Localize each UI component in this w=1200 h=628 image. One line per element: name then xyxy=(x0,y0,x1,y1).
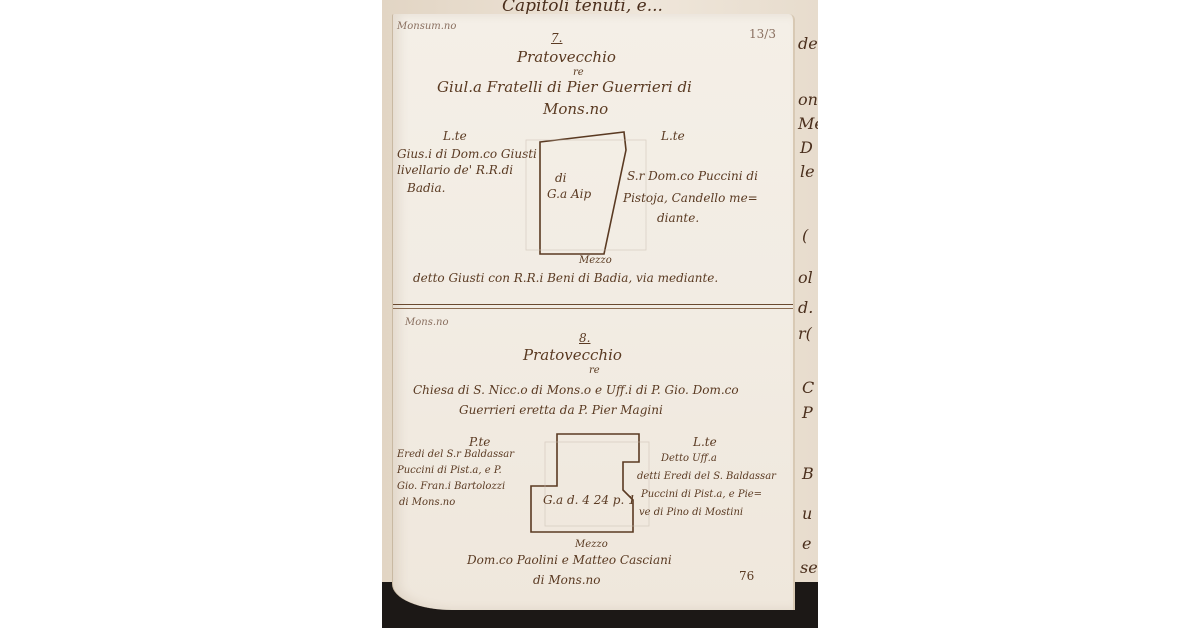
edge-fragment: ( xyxy=(802,228,808,244)
page-number: 76 xyxy=(739,570,754,583)
entry-2-left-text-1: Eredi del S.r Baldassar xyxy=(397,450,514,461)
top-overhang-text: Capitoli tenuti, e... xyxy=(502,0,663,15)
edge-fragment: e xyxy=(802,536,811,552)
section-divider xyxy=(393,304,793,305)
entry-2-footer-line-2: di Mons.no xyxy=(533,574,601,587)
entry-1-right-text-1: S.r Dom.co Puccini di xyxy=(627,170,758,183)
entry-1-plot-text-2: G.a Aip xyxy=(547,188,591,201)
entry-2-right-text-1: Detto Uff.a xyxy=(661,454,717,465)
entry-2-plot-outline xyxy=(529,432,649,542)
edge-fragment: le xyxy=(800,164,815,180)
edge-fragment: se xyxy=(800,560,818,576)
entry-2-owner-line-2: Guerrieri eretta da P. Pier Magini xyxy=(459,404,663,417)
entry-1-right-text-3: diante. xyxy=(657,212,699,225)
entry-1-right-label: L.te xyxy=(661,130,685,143)
edge-fragment: de xyxy=(798,36,818,52)
entry-1-title: Pratovecchio xyxy=(517,50,616,66)
folio-stamp: 13/3 xyxy=(749,28,776,41)
entry-1-plot-text-1: di xyxy=(555,172,567,185)
entry-1-owner-superscript: re xyxy=(573,68,584,79)
entry-1-left-label: L.te xyxy=(443,130,467,143)
entry-1-footer: detto Giusti con R.R.i Beni di Badia, vi… xyxy=(413,272,718,285)
edge-fragment: ol xyxy=(798,270,813,286)
entry-2-owner-line-1: Chiesa di S. Nicc.o di Mons.o e Uff.i di… xyxy=(413,384,739,397)
entry-2-right-text-4: ve di Pino di Mostini xyxy=(639,508,743,519)
edge-fragment: D xyxy=(800,140,813,156)
entry-1-number: 7. xyxy=(551,32,562,45)
edge-fragment: u xyxy=(802,506,812,522)
manuscript-page: 13/3 Monsum.no 7. Pratovecchio re Giul.a… xyxy=(392,14,795,610)
section-divider-double xyxy=(393,308,793,309)
entry-2-left-text-4: di Mons.no xyxy=(399,498,455,509)
entry-1-margin-label: Monsum.no xyxy=(397,22,456,33)
entry-1-owner-line-1: Giul.a Fratelli di Pier Guerrieri di xyxy=(437,80,692,96)
entry-1-owner-line-2: Mons.no xyxy=(543,102,608,118)
edge-fragment: Me xyxy=(798,116,818,132)
edge-fragment: r( xyxy=(798,326,812,342)
edge-fragment: C xyxy=(802,380,814,396)
entry-2-left-text-3: Gio. Fran.i Bartolozzi xyxy=(397,482,505,493)
manuscript-scan: Capitoli tenuti, e... de on Me D le ( ol… xyxy=(382,0,818,628)
entry-2-bottom-label: Mezzo xyxy=(575,540,608,551)
entry-2-title-superscript: re xyxy=(589,366,600,377)
entry-1-left-text-3: Badia. xyxy=(407,182,445,195)
edge-fragment: on xyxy=(798,92,818,108)
entry-2-number: 8. xyxy=(579,332,590,345)
entry-2-title: Pratovecchio xyxy=(523,348,622,364)
entry-2-plot-text: G.a d. 4 24 p. 1 xyxy=(543,494,636,507)
entry-2-footer-line-1: Dom.co Paolini e Matteo Casciani xyxy=(467,554,672,567)
edge-fragment: B xyxy=(802,466,814,482)
entry-1-bottom-label: Mezzo xyxy=(579,256,612,267)
entry-2-right-text-3: Puccini di Pist.a, e Pie= xyxy=(641,490,762,501)
entry-2-right-text-2: detti Eredi del S. Baldassar xyxy=(637,472,776,483)
entry-2-left-label: P.te xyxy=(469,436,490,449)
entry-2-right-label: L.te xyxy=(693,436,717,449)
entry-2-margin-label: Mons.no xyxy=(405,318,448,329)
edge-fragment: d. xyxy=(798,300,813,316)
entry-1-left-text-2: livellario de' R.R.di xyxy=(397,164,513,177)
entry-1-left-text-1: Gius.i di Dom.co Giusti xyxy=(397,148,537,161)
entry-1-right-text-2: Pistoja, Candello me= xyxy=(623,192,758,205)
edge-fragment: P xyxy=(802,405,813,421)
entry-2-left-text-2: Puccini di Pist.a, e P. xyxy=(397,466,502,477)
